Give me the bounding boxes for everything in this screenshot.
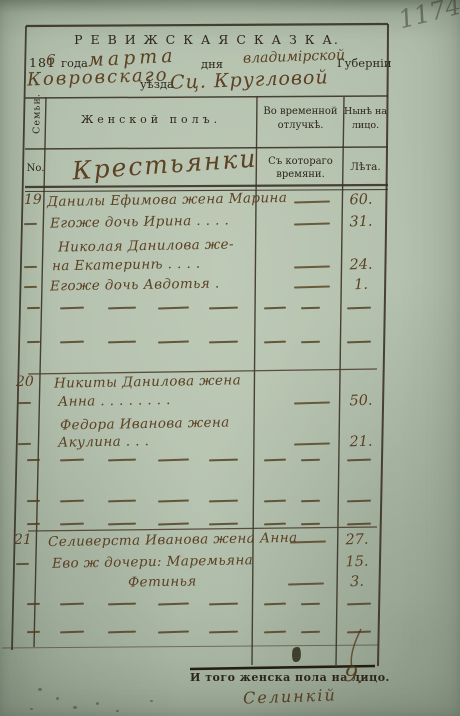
- person-name: Федора Иванова жена: [60, 415, 230, 434]
- person-name: на Екатеринѣ . . . .: [52, 256, 201, 275]
- person-name: Анна . . . . . . . .: [58, 392, 171, 410]
- no-column-dash: [16, 563, 29, 565]
- signature-handwritten: Селинкій: [243, 685, 337, 707]
- person-name: Ево ж дочери: Маремьяна: [52, 552, 253, 572]
- paper-speck: [96, 702, 99, 705]
- empty-line-dashes: [0, 496, 460, 506]
- paper-speck: [73, 706, 77, 709]
- person-name: Никиты Данилова жена: [54, 372, 241, 391]
- table-row: Фетинья 3.: [0, 574, 460, 594]
- column-since-line1: Съ котораго: [257, 156, 344, 167]
- column-family: Семьи.: [32, 90, 43, 138]
- empty-line-dashes: [0, 519, 460, 529]
- table-row: 21 Селиверста Иванова жена Анна 27.: [0, 532, 460, 552]
- empty-line-dashes: [0, 455, 460, 465]
- no-column-dash: [18, 402, 31, 404]
- person-name: Селиверста Иванова жена Анна: [48, 530, 298, 550]
- table-row: Егоже дочь Авдотья . 1.: [0, 277, 460, 297]
- province-handwritten: владимірской: [243, 47, 345, 67]
- table-row: Федора Иванова жена: [0, 416, 460, 436]
- paper-speck: [38, 688, 42, 691]
- family-number: 21: [14, 532, 32, 548]
- age-value: 27.: [340, 531, 375, 548]
- column-present-line2: лицо.: [343, 120, 388, 131]
- table-row: 19 Данилы Ефимова жена Марина 60.: [0, 192, 460, 212]
- table-row: 20 Никиты Данилова жена: [0, 374, 460, 394]
- absence-dash: [294, 223, 330, 226]
- total-value-handwritten: 9.: [342, 662, 366, 689]
- table-row: на Екатеринѣ . . . . 24.: [0, 257, 460, 277]
- year-handwritten: 6: [46, 51, 56, 69]
- column-present-line1: Нынѣ на: [343, 106, 388, 117]
- column-absence-line1: Во временной: [257, 106, 344, 117]
- empty-line-dashes: [0, 303, 460, 313]
- paper-speck: [116, 710, 119, 712]
- table-row: Анна . . . . . . . . 50.: [0, 393, 460, 413]
- no-column-dash: [24, 223, 37, 225]
- table-row: Егоже дочь Ирина . . . . 31.: [0, 214, 460, 234]
- person-name: Егоже дочь Авдотья .: [50, 276, 220, 295]
- absence-dash: [294, 286, 330, 289]
- age-value: 21.: [344, 433, 379, 450]
- empty-line-dashes: [0, 627, 460, 637]
- column-female-sex: Женской полъ.: [46, 113, 256, 126]
- person-name: Фетинья: [128, 573, 197, 590]
- dnya-label: дня: [201, 57, 223, 71]
- age-value: 3.: [340, 573, 375, 590]
- gubernia-label: Губерніи: [337, 56, 391, 70]
- pencil-folio-number: 1174: [395, 0, 460, 34]
- absence-dash: [294, 443, 330, 446]
- person-name: Егоже дочь Ирина . . . .: [50, 212, 229, 231]
- absence-dash: [294, 402, 330, 405]
- paper-speck: [56, 697, 59, 700]
- estate-handwritten: Крестьянки: [71, 144, 258, 186]
- person-name: Данилы Ефимова жена Марина: [47, 190, 287, 210]
- no-column-dash: [24, 286, 37, 288]
- person-name: Акулина . . .: [58, 433, 150, 451]
- column-no: No.: [25, 163, 46, 174]
- family-number: 19: [24, 192, 42, 208]
- age-value: 24.: [344, 256, 379, 273]
- scanned-revision-list-page: 1174 Р Е В И Ж С К А Я С К А З К А. 181 …: [0, 0, 460, 716]
- ink-blot: [291, 647, 302, 663]
- document-title: Р Е В И Ж С К А Я С К А З К А.: [25, 32, 389, 47]
- place-handwritten: Сц. Кругловой: [170, 66, 329, 94]
- age-value: 15.: [340, 553, 375, 570]
- no-column-dash: [24, 266, 37, 268]
- table-row: Акулина . . . 21.: [0, 434, 460, 454]
- column-absence-line2: отлучкѣ.: [257, 120, 344, 131]
- paper-speck: [150, 700, 153, 702]
- absence-dash: [294, 266, 330, 269]
- absence-dash: [290, 541, 326, 544]
- uezd-label: уѣзда: [140, 77, 174, 91]
- absence-dash: [288, 583, 324, 586]
- column-since-line2: времяни.: [257, 169, 344, 180]
- empty-line-dashes: [0, 599, 460, 609]
- person-name: Николая Данилова же-: [58, 236, 234, 255]
- column-years: Лѣта.: [343, 161, 388, 173]
- age-value: 50.: [344, 392, 379, 409]
- age-value: 60.: [344, 191, 379, 208]
- age-value: 31.: [344, 213, 379, 230]
- age-value: 1.: [344, 276, 379, 293]
- table-row: Ево ж дочери: Маремьяна 15.: [0, 554, 460, 574]
- absence-dash: [294, 201, 330, 204]
- family-number: 20: [16, 374, 34, 390]
- empty-line-dashes: [0, 337, 460, 347]
- paper-speck: [30, 708, 33, 710]
- table-row: Николая Данилова же-: [0, 238, 460, 258]
- no-column-dash: [18, 443, 31, 445]
